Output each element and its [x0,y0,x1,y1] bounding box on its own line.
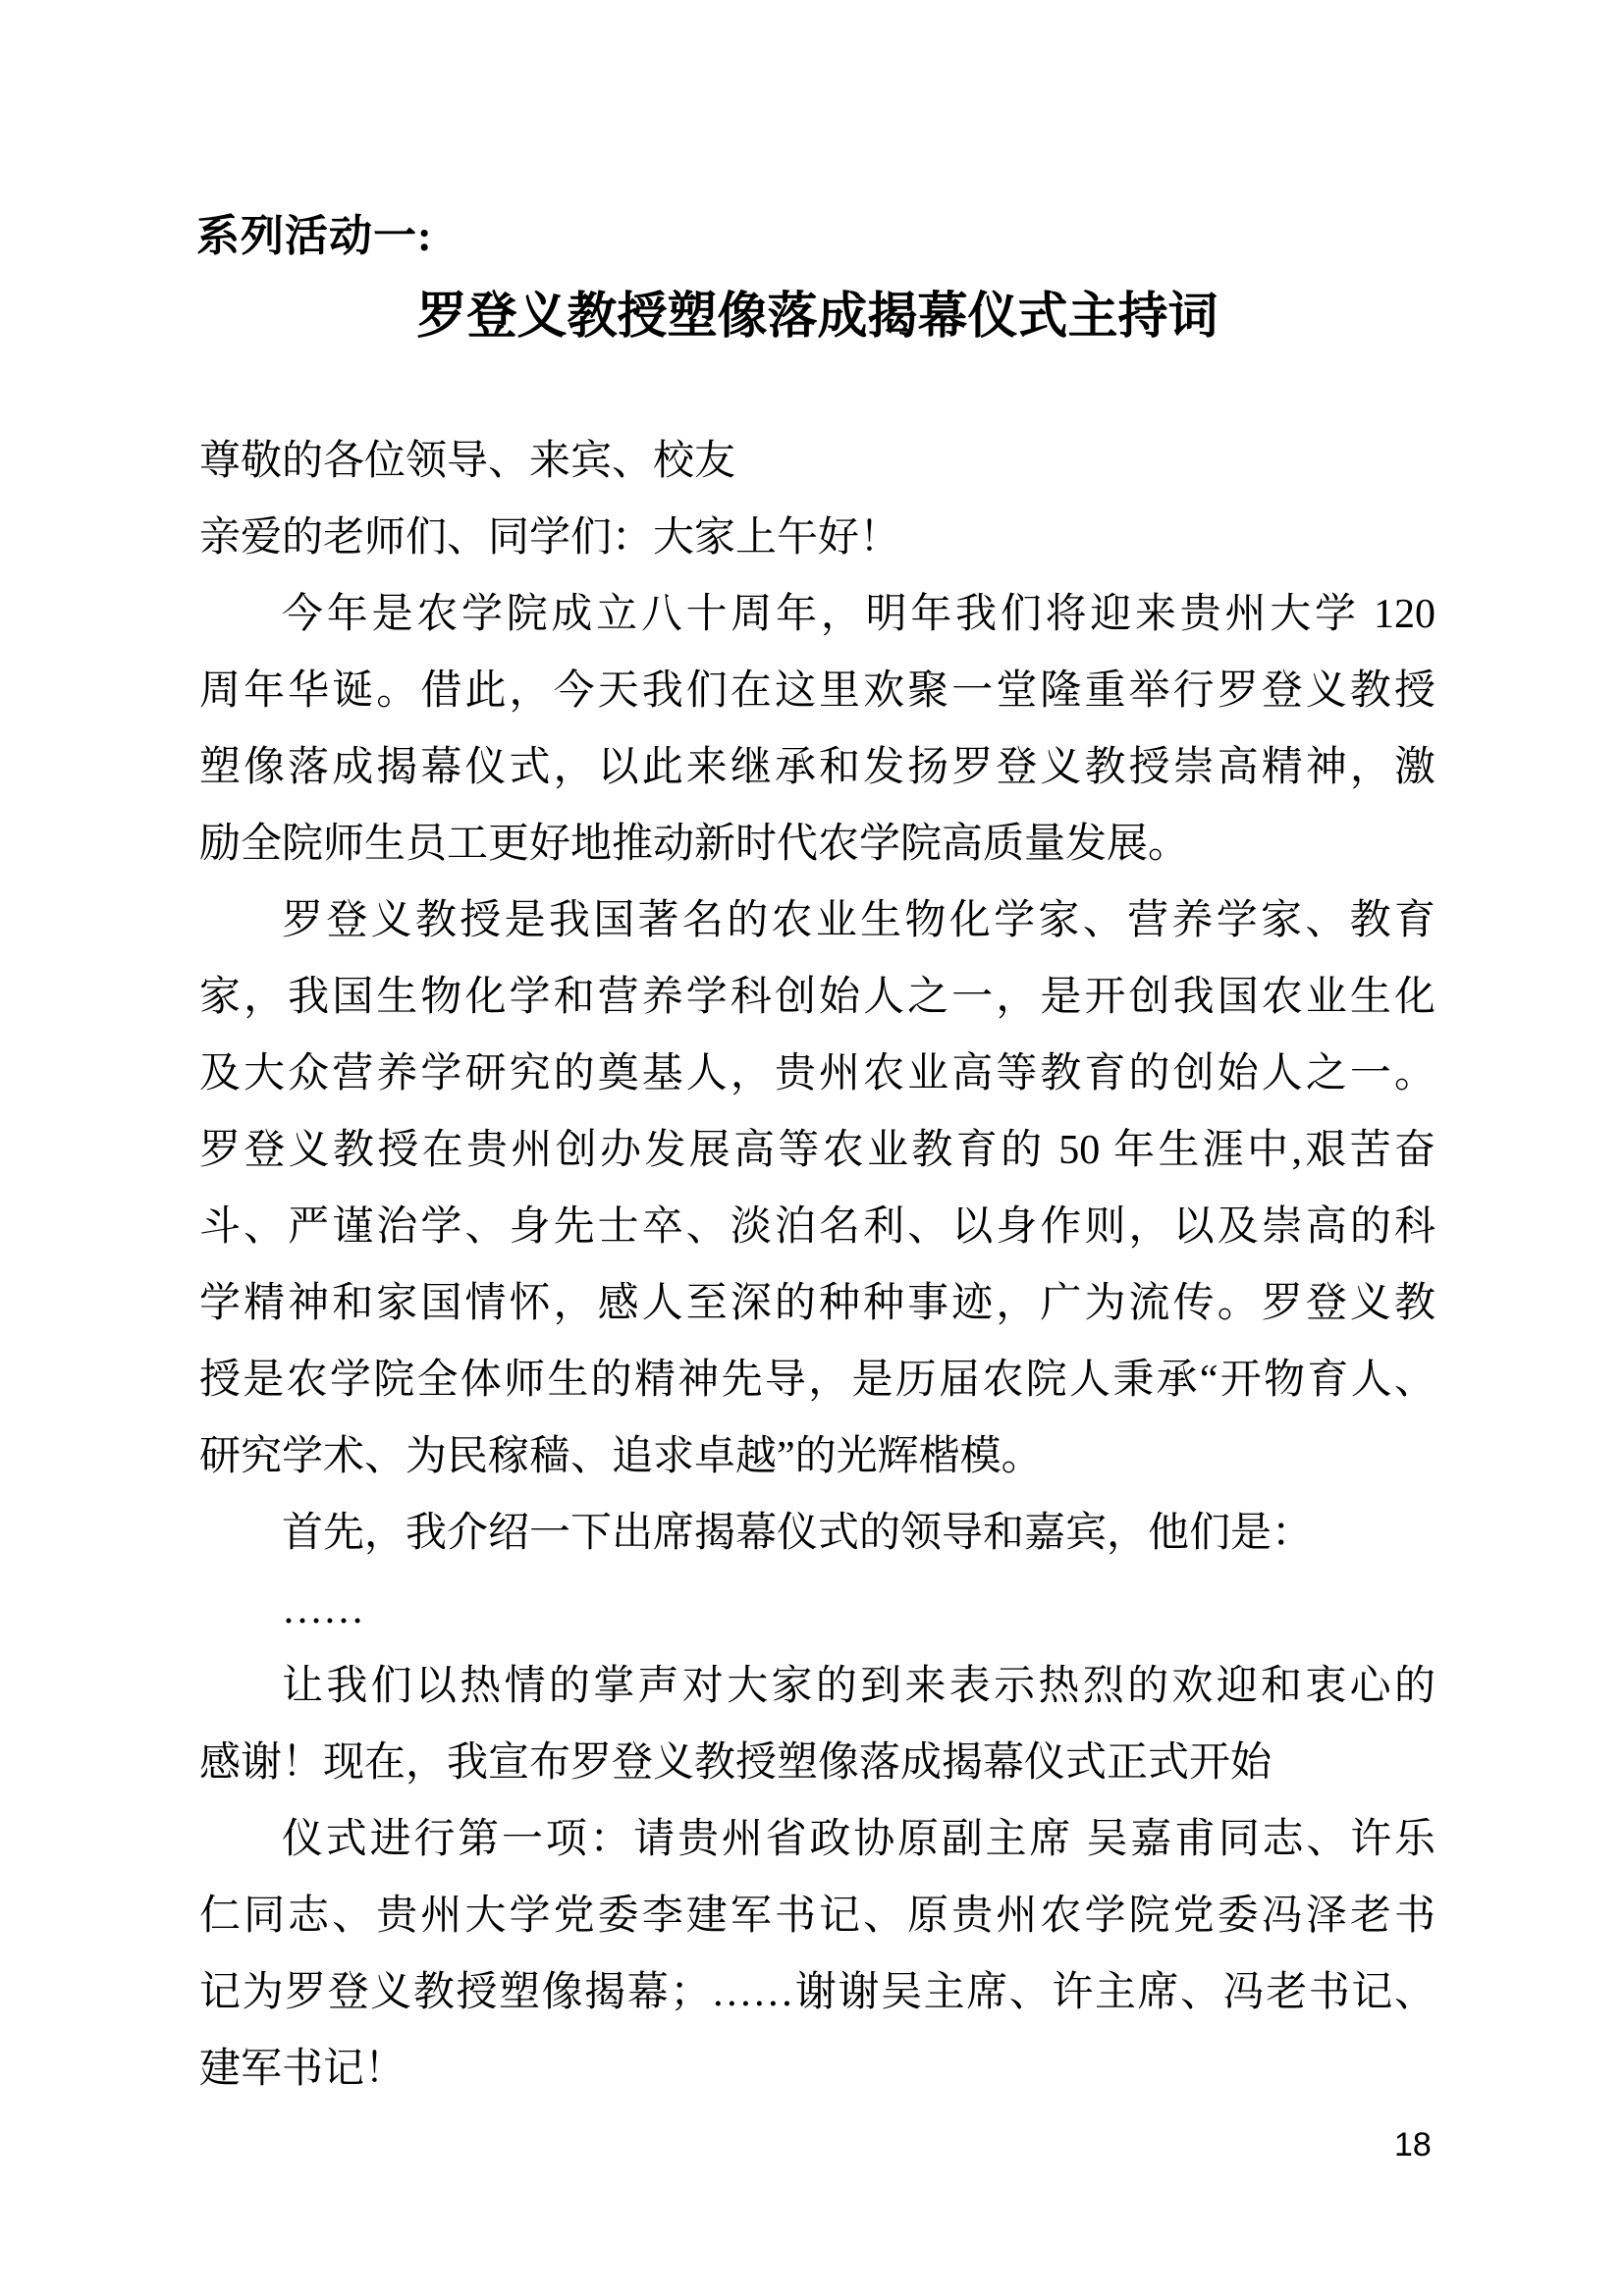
text-line: 罗登义教授是我国著名的农业生物化学家、营养学家、教育 [199,882,1435,959]
text-line: 塑像落成揭幕仪式，以此来继承和发扬罗登义教授崇高精神，激 [199,729,1435,806]
text-line: 仁同志、贵州大学党委李建军书记、原贵州农学院党委冯泽老书 [199,1878,1435,1954]
text-line: 让我们以热情的掌声对大家的到来表示热烈的欢迎和衷心的 [199,1648,1435,1725]
document-page: 系列活动一: 罗登义教授塑像落成揭幕仪式主持词 尊敬的各位领导、来宾、校友亲爱的… [0,0,1624,2296]
text-line: 授是农学院全体师生的精神先导，是历届农院人秉承“开物育人、 [199,1342,1435,1418]
text-line: 家，我国生物化学和营养学科创始人之一，是开创我国农业生化 [199,959,1435,1036]
text-line: …… [199,1572,1435,1648]
text-line: 罗登义教授在贵州创办发展高等农业教育的 50 年生涯中,艰苦奋 [199,1112,1435,1189]
text-line: 尊敬的各位领导、来宾、校友 [199,423,1435,500]
text-line: 励全院师生员工更好地推动新时代农学院高质量发展。 [199,806,1435,882]
text-line: 斗、严谨治学、身先士卒、淡泊名利、以身作则，以及崇高的科 [199,1189,1435,1265]
text-line: 今年是农学院成立八十周年，明年我们将迎来贵州大学 120 [199,576,1435,653]
text-line: 及大众营养学研究的奠基人，贵州农业高等教育的创始人之一。 [199,1036,1435,1112]
text-line: 学精神和家国情怀，感人至深的种种事迹，广为流传。罗登义教 [199,1265,1435,1342]
text-line: 感谢！现在，我宣布罗登义教授塑像落成揭幕仪式正式开始 [199,1725,1435,1801]
text-line: 建军书记！ [199,2031,1435,2108]
text-line: 首先，我介绍一下出席揭幕仪式的领导和嘉宾，他们是： [199,1495,1435,1572]
document-body: 尊敬的各位领导、来宾、校友亲爱的老师们、同学们：大家上午好！今年是农学院成立八十… [199,423,1435,2108]
page-number: 18 [1394,2126,1432,2164]
text-line: 周年华诞。借此，今天我们在这里欢聚一堂隆重举行罗登义教授 [199,653,1435,729]
text-line: 亲爱的老师们、同学们：大家上午好！ [199,500,1435,576]
section-label: 系列活动一: [196,200,433,263]
text-line: 仪式进行第一项：请贵州省政协原副主席 吴嘉甫同志、许乐 [199,1801,1435,1878]
page-title: 罗登义教授塑像落成揭幕仪式主持词 [199,275,1435,347]
text-line: 记为罗登义教授塑像揭幕；……谢谢吴主席、许主席、冯老书记、 [199,1954,1435,2031]
text-line: 研究学术、为民稼穑、追求卓越”的光辉楷模。 [199,1418,1435,1495]
